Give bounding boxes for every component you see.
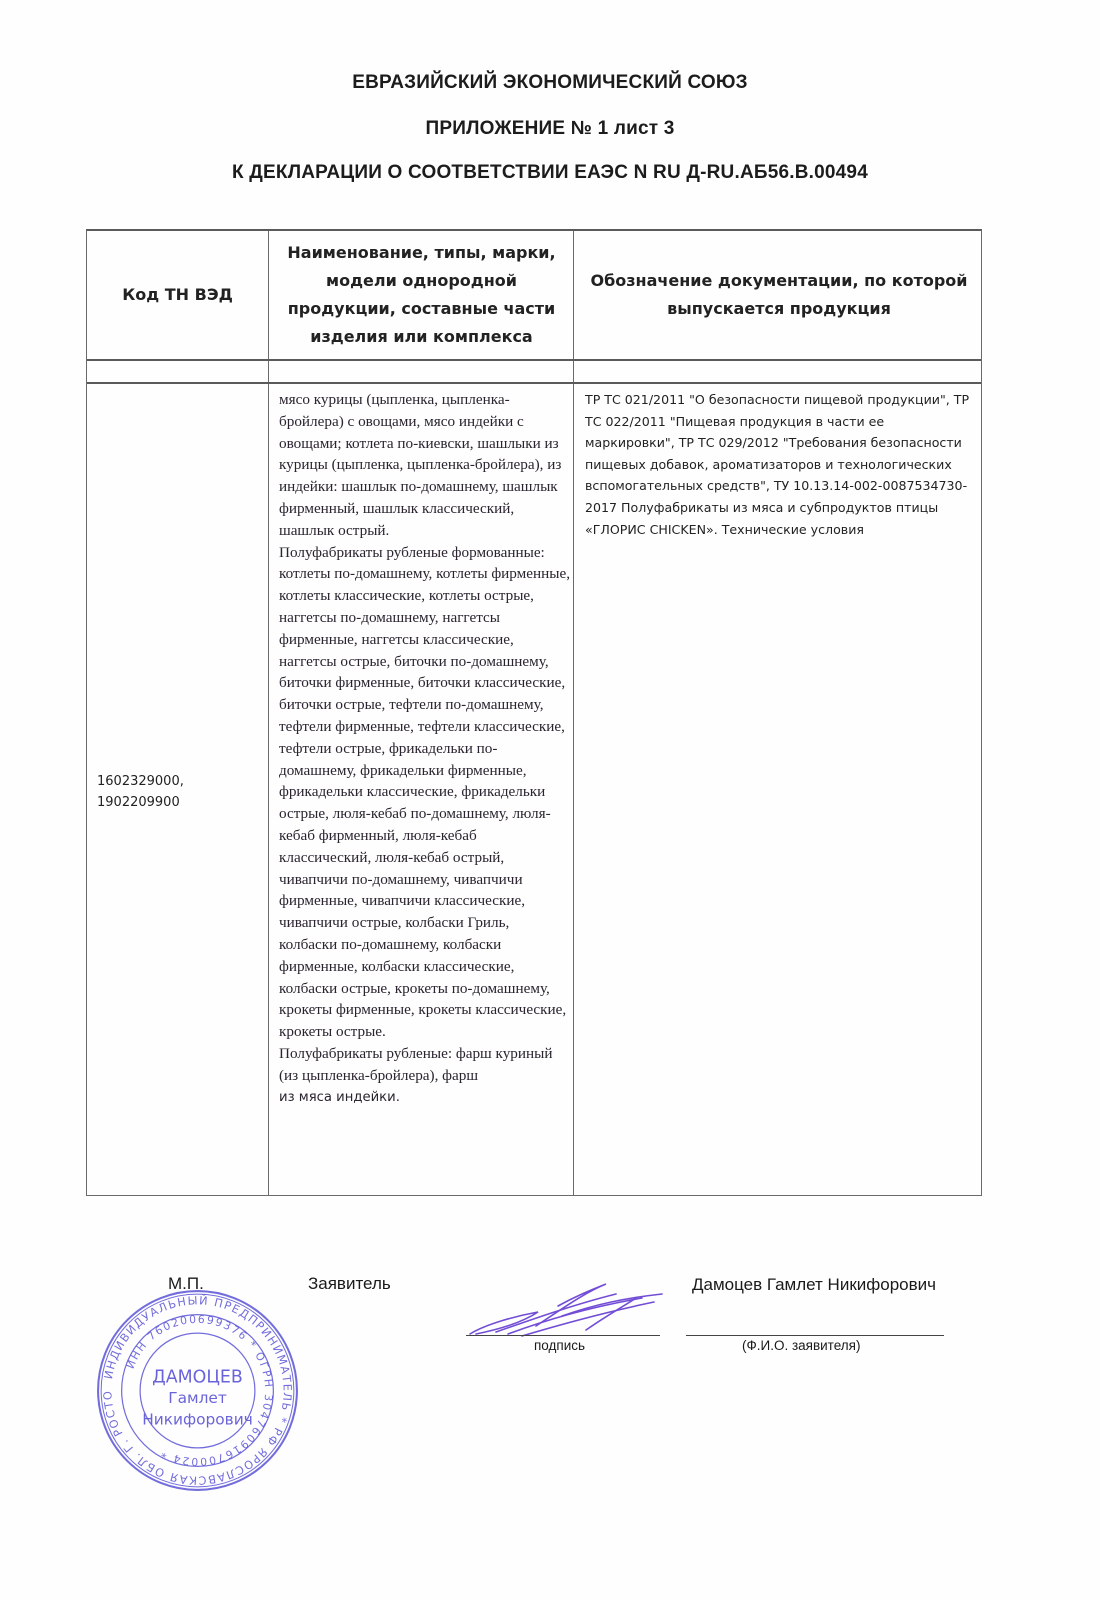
products-paragraph: из мяса индейки.: [279, 1087, 571, 1109]
svg-text:Гамлет: Гамлет: [168, 1389, 227, 1407]
column-header-code: Код ТН ВЭД: [87, 231, 268, 359]
products-paragraph: Полуфабрикаты рубленые: фарш куриный (из…: [279, 1043, 571, 1087]
signature-line: [466, 1335, 660, 1336]
column-divider: [268, 231, 269, 1195]
seal-stamp-icon: ИНДИВИДУАЛЬНЫЙ ПРЕДПРИНИМАТЕЛЬ * РФ ЯРОС…: [95, 1288, 300, 1493]
applicant-full-name: Дамоцев Гамлет Никифорович: [686, 1273, 942, 1297]
table-cell-code: 1602329000, 1902209900: [97, 771, 267, 813]
seal-label: М.П.: [168, 1274, 204, 1294]
column-header-products-label: Наименование, типы, марки, модели одноро…: [270, 239, 573, 351]
products-paragraph: мясо курицы (цыпленка, цыпленка-бройлера…: [279, 389, 571, 542]
products-table: Код ТН ВЭД Наименование, типы, марки, мо…: [86, 229, 982, 1196]
header-divider: [87, 359, 981, 361]
declaration-page: ЕВРАЗИЙСКИЙ ЭКОНОМИЧЕСКИЙ СОЮЗ ПРИЛОЖЕНИ…: [0, 0, 1100, 1600]
column-header-code-label: Код ТН ВЭД: [122, 281, 233, 309]
products-paragraph: Полуфабрикаты рубленые формованные: котл…: [279, 542, 571, 1043]
column-divider: [573, 231, 574, 1195]
svg-text:ДАМОЦЕВ: ДАМОЦЕВ: [152, 1367, 243, 1387]
appendix-title: ПРИЛОЖЕНИЕ № 1 лист 3: [0, 118, 1100, 140]
union-title: ЕВРАЗИЙСКИЙ ЭКОНОМИЧЕСКИЙ СОЮЗ: [0, 72, 1100, 94]
column-header-documentation: Обозначение документации, по которой вып…: [575, 231, 983, 359]
declaration-title: К ДЕКЛАРАЦИИ О СООТВЕТСТВИИ ЕАЭС N RU Д-…: [0, 162, 1100, 184]
svg-text:Никифорович: Никифорович: [142, 1410, 253, 1428]
row-divider: [87, 382, 981, 384]
column-header-products: Наименование, типы, марки, модели одноро…: [270, 231, 573, 359]
handwritten-signature-icon: [466, 1276, 666, 1338]
name-caption: (Ф.И.О. заявителя): [742, 1338, 860, 1353]
table-cell-documentation: ТР ТС 021/2011 "О безопасности пищевой п…: [585, 389, 977, 540]
column-header-documentation-label: Обозначение документации, по которой вып…: [587, 267, 971, 323]
applicant-label: Заявитель: [308, 1274, 391, 1294]
name-line: [686, 1335, 944, 1336]
signature-caption: подпись: [534, 1338, 585, 1353]
table-cell-products: мясо курицы (цыпленка, цыпленка-бройлера…: [279, 389, 571, 1108]
